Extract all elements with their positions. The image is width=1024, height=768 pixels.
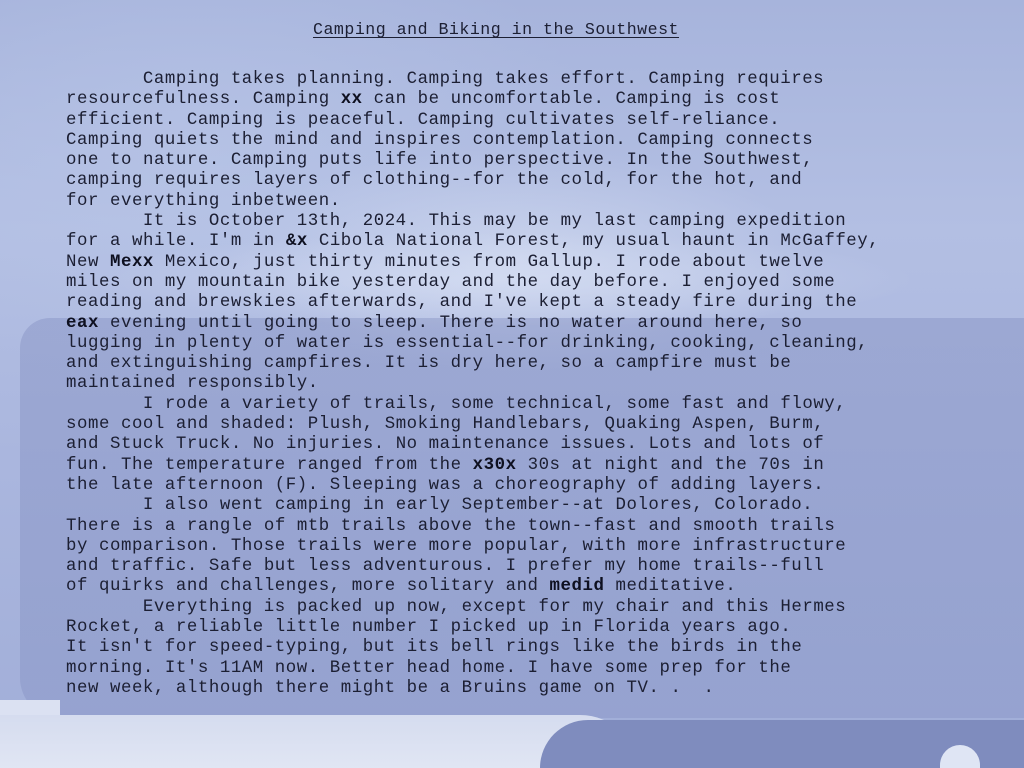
text-line: Camping takes planning. Camping takes ef… — [66, 70, 966, 90]
text-line: There is a rangle of mtb trails above th… — [66, 517, 966, 537]
text-line: It isn't for speed-typing, but its bell … — [66, 638, 966, 658]
body-text: Camping takes planning. Camping takes ef… — [66, 70, 966, 699]
text-line: lugging in plenty of water is essential-… — [66, 334, 966, 354]
page-title: Camping and Biking in the Southwest — [46, 20, 946, 42]
text-line: the late afternoon (F). Sleeping was a c… — [66, 476, 966, 496]
overtyped-correction: medid — [550, 577, 605, 596]
text-line: and Stuck Truck. No injuries. No mainten… — [66, 435, 966, 455]
text-line: I rode a variety of trails, some technic… — [66, 395, 966, 415]
overtyped-correction: x30x — [473, 456, 517, 475]
text-line: fun. The temperature ranged from the x30… — [66, 456, 966, 476]
text-line: I also went camping in early September--… — [66, 496, 966, 516]
text-line: for everything inbetween. — [66, 192, 966, 212]
text-line: New Mexx Mexico, just thirty minutes fro… — [66, 253, 966, 273]
text-line: for a while. I'm in &x Cibola National F… — [66, 232, 966, 252]
text-line: miles on my mountain bike yesterday and … — [66, 273, 966, 293]
page-title-text: Camping and Biking in the Southwest — [313, 20, 679, 39]
typed-page: Camping and Biking in the Southwest Camp… — [66, 20, 966, 699]
text-line: Everything is packed up now, except for … — [66, 598, 966, 618]
text-line: Camping quiets the mind and inspires con… — [66, 131, 966, 151]
text-line: and traffic. Safe but less adventurous. … — [66, 557, 966, 577]
text-line: morning. It's 11AM now. Better head home… — [66, 659, 966, 679]
text-line: maintained responsibly. — [66, 374, 966, 394]
text-line: some cool and shaded: Plush, Smoking Han… — [66, 415, 966, 435]
text-line: camping requires layers of clothing--for… — [66, 171, 966, 191]
overtyped-correction: &x — [286, 232, 308, 251]
text-line: efficient. Camping is peaceful. Camping … — [66, 111, 966, 131]
text-line: Rocket, a reliable little number I picke… — [66, 618, 966, 638]
text-line: reading and brewskies afterwards, and I'… — [66, 293, 966, 313]
text-line: of quirks and challenges, more solitary … — [66, 577, 966, 597]
text-line: new week, although there might be a Brui… — [66, 679, 966, 699]
overtyped-correction: xx — [341, 90, 363, 109]
overtyped-correction: Mexx — [110, 253, 154, 272]
text-line: resourcefulness. Camping xx can be uncom… — [66, 90, 966, 110]
text-line: one to nature. Camping puts life into pe… — [66, 151, 966, 171]
text-line: It is October 13th, 2024. This may be my… — [66, 212, 966, 232]
typewritten-paper: Camping and Biking in the Southwest Camp… — [0, 0, 1024, 768]
text-line: by comparison. Those trails were more po… — [66, 537, 966, 557]
text-line: and extinguishing campfires. It is dry h… — [66, 354, 966, 374]
text-line: eax evening until going to sleep. There … — [66, 314, 966, 334]
overtyped-correction: eax — [66, 314, 99, 333]
